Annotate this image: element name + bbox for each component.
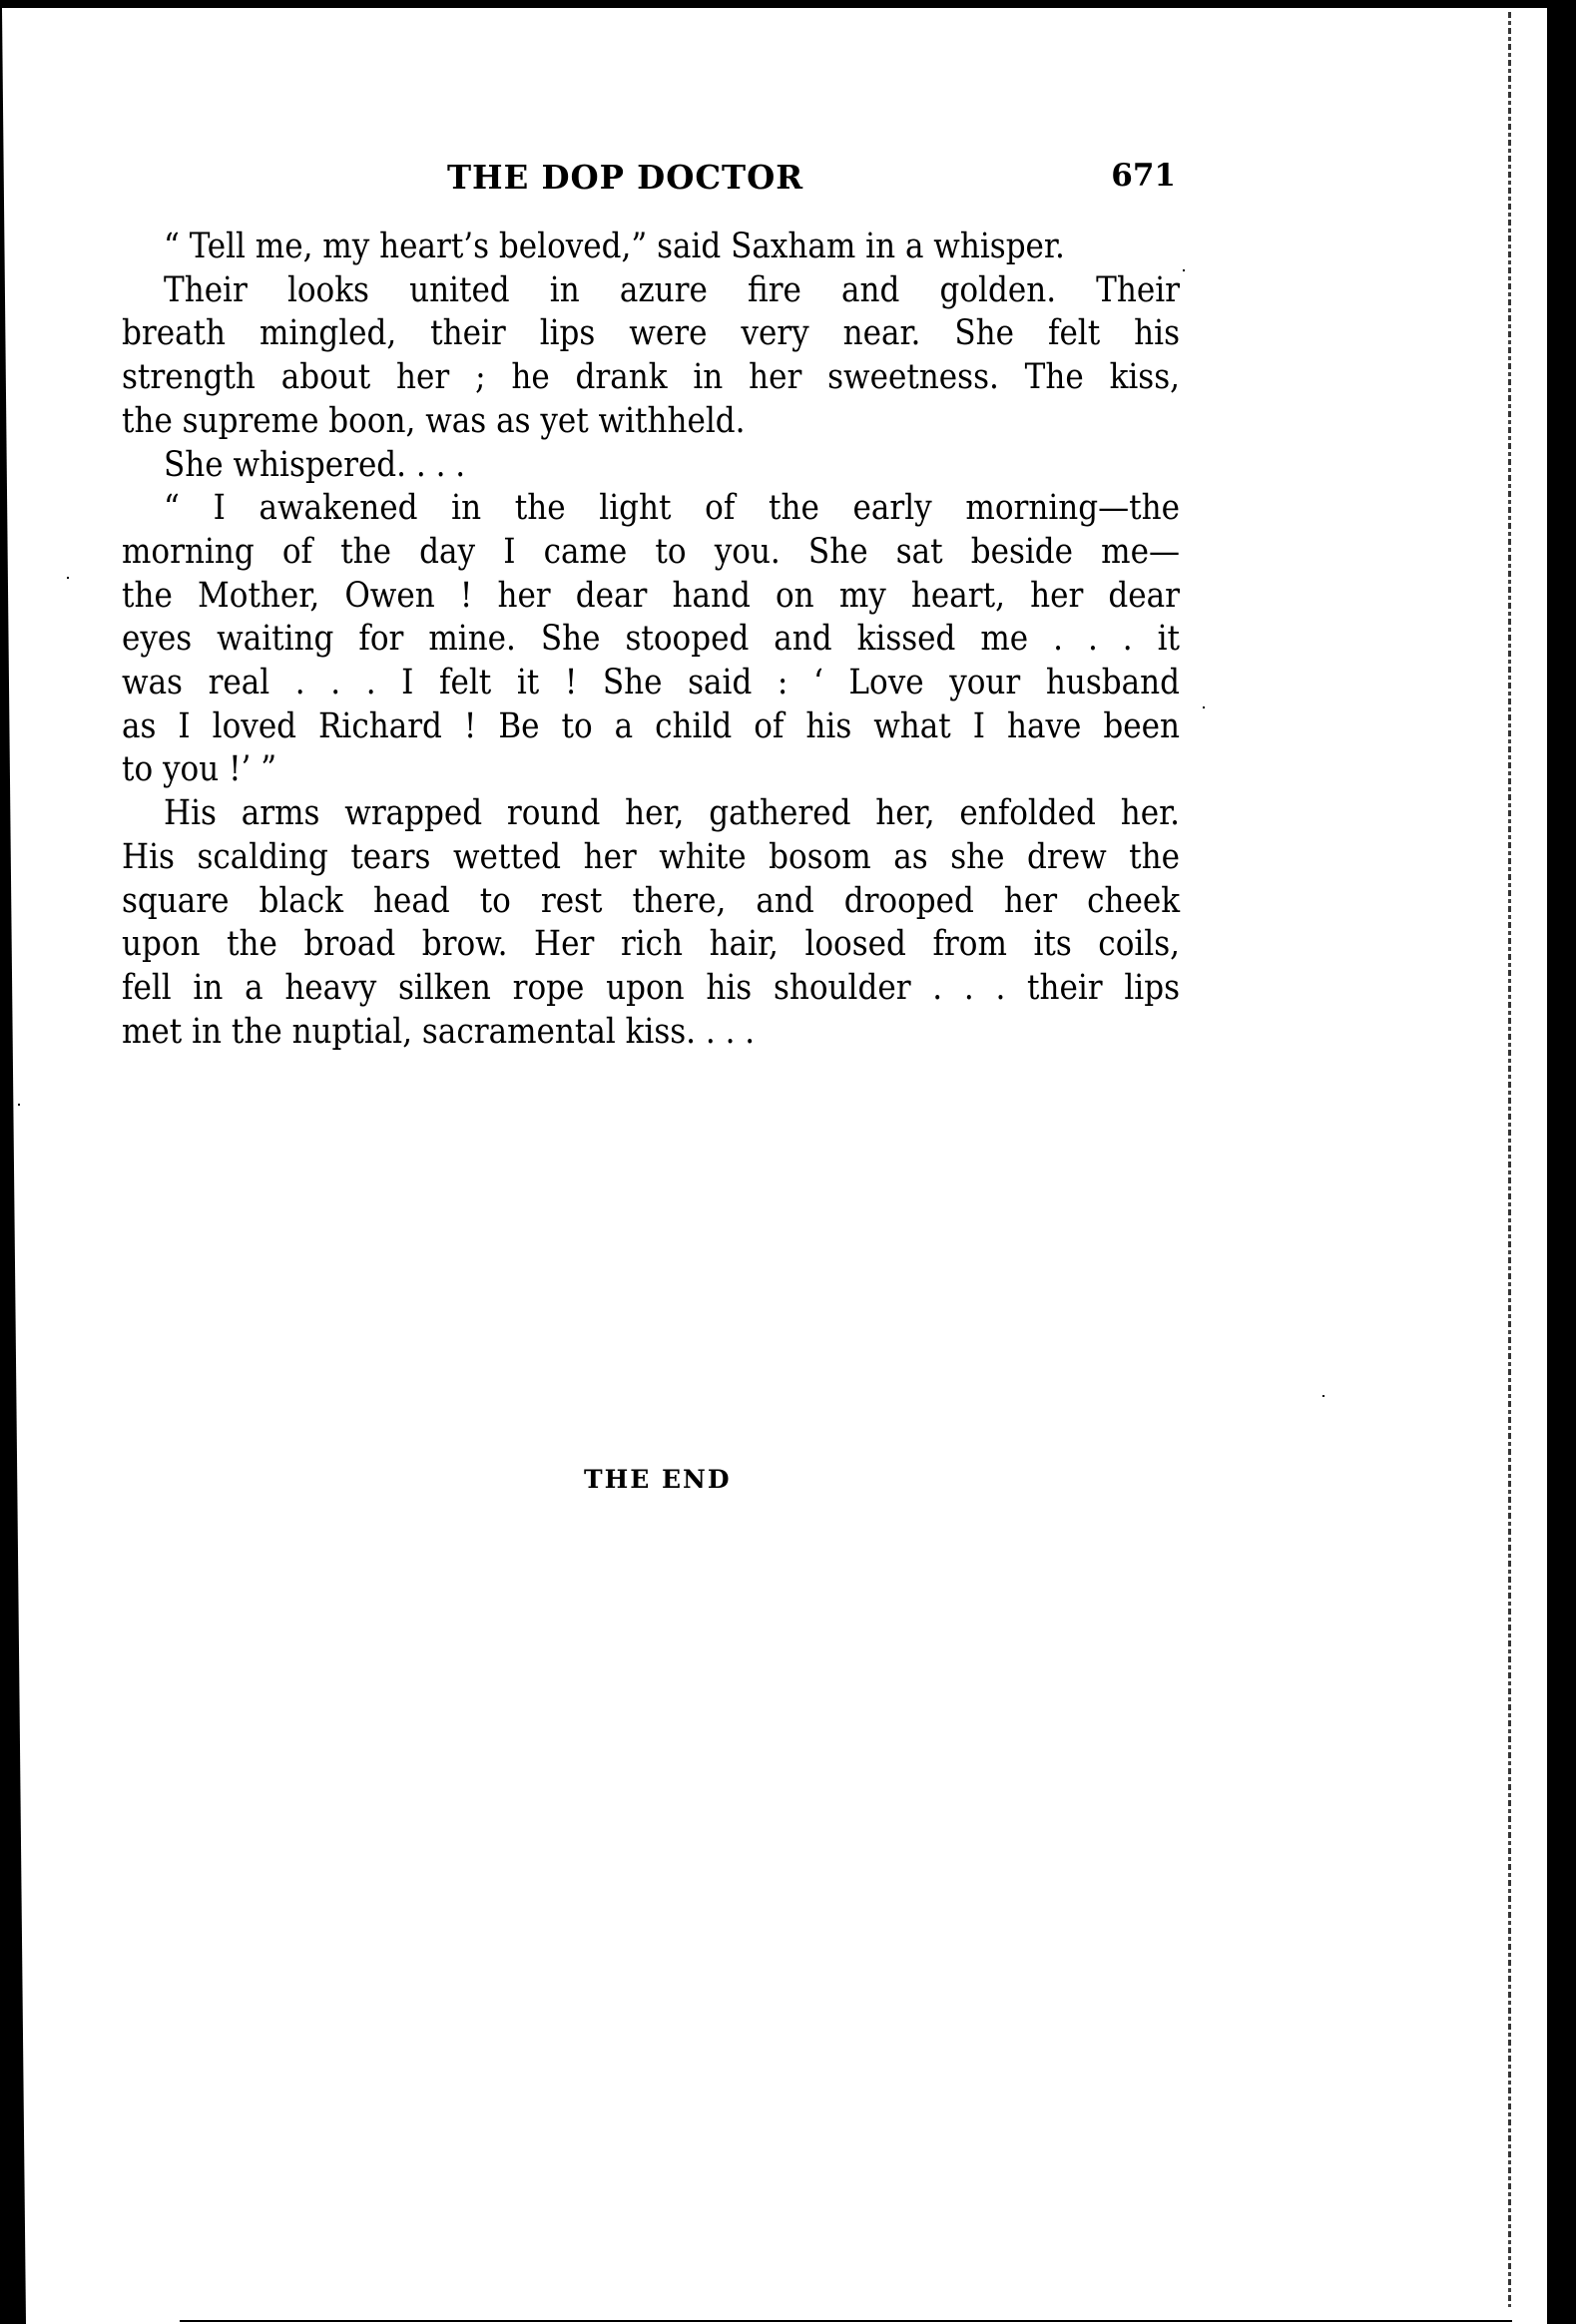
scan-speck bbox=[18, 1104, 20, 1106]
text-line: His arms wrapped round her, gathered her… bbox=[122, 792, 1180, 836]
text-line: She whispered. . . . bbox=[122, 444, 1180, 488]
scan-speck bbox=[1322, 1395, 1324, 1397]
text-line: His scalding tears wetted her white boso… bbox=[122, 836, 1180, 880]
scan-speck bbox=[1203, 706, 1205, 708]
running-title: THE DOP DOCTOR bbox=[447, 158, 803, 197]
page-fold-line bbox=[1508, 12, 1511, 2307]
body-text: “ Tell me, my heart’s beloved,” said Sax… bbox=[122, 226, 1180, 1054]
scan-top-edge bbox=[0, 0, 1576, 9]
page-number: 671 bbox=[1111, 158, 1176, 194]
book-page: THE DOP DOCTOR 671 “ Tell me, my heart’s… bbox=[0, 8, 1547, 2324]
text-line: “ Tell me, my heart’s beloved,” said Sax… bbox=[122, 226, 1180, 269]
text-line: square black head to rest there, and dro… bbox=[122, 880, 1180, 924]
text-line: as I loved Richard ! Be to a child of hi… bbox=[122, 705, 1180, 749]
scan-bottom-edge bbox=[180, 2320, 1512, 2322]
text-line: the Mother, Owen ! her dear hand on my h… bbox=[122, 575, 1180, 619]
scan-speck bbox=[1183, 269, 1185, 271]
text-line: morning of the day I came to you. She sa… bbox=[122, 531, 1180, 575]
text-line: “ I awakened in the light of the early m… bbox=[122, 487, 1180, 531]
text-line: was real . . . I felt it ! She said : ‘ … bbox=[122, 662, 1180, 705]
the-end-marker: THE END bbox=[584, 1465, 732, 1494]
text-line: strength about her ; he drank in her swe… bbox=[122, 356, 1180, 400]
text-line: eyes waiting for mine. She stooped and k… bbox=[122, 618, 1180, 662]
text-line: fell in a heavy silken rope upon his sho… bbox=[122, 967, 1180, 1011]
scan-right-edge bbox=[1547, 0, 1576, 2324]
text-line: upon the broad brow. Her rich hair, loos… bbox=[122, 923, 1180, 967]
text-line: the supreme boon, was as yet withheld. bbox=[122, 400, 1180, 444]
text-line: Their looks united in azure fire and gol… bbox=[122, 269, 1180, 313]
text-line: to you !’ ” bbox=[122, 748, 1180, 792]
text-line: met in the nuptial, sacramental kiss. . … bbox=[122, 1011, 1180, 1055]
text-line: breath mingled, their lips were very nea… bbox=[122, 312, 1180, 356]
scan-speck bbox=[67, 577, 69, 579]
running-head: THE DOP DOCTOR 671 bbox=[447, 158, 1176, 208]
